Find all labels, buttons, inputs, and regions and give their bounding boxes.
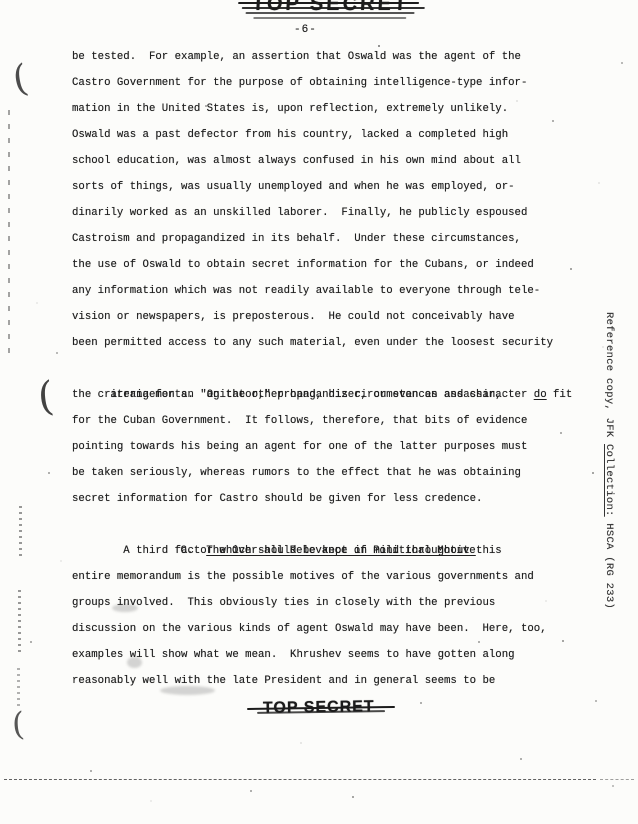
left-margin-faint-marks (19, 506, 22, 558)
reference-note: Reference copy, JFK Collection: HSCA (RG… (601, 312, 619, 624)
paragraph-1-continued: the criteria for an "agitator," propagan… (72, 382, 572, 512)
text-line: be taken seriously, whereas rumors to th… (72, 460, 572, 486)
text-line: examples will show what we mean. Khrushe… (72, 642, 572, 668)
strikethrough-line (253, 17, 406, 19)
bottom-dashed-line (600, 779, 634, 780)
underlined-word: Collection: (603, 444, 615, 517)
document-page: TOP SECRET -6- be tested. For example, a… (0, 0, 638, 824)
strikethrough-line (246, 12, 415, 14)
text-line: reasonably well with the late President … (72, 668, 572, 694)
strikethrough-line (238, 2, 419, 4)
text-line: been permitted access to any such materi… (72, 330, 572, 356)
text-line: dinarily worked as an unskilled laborer.… (72, 200, 572, 226)
bottom-dashed-line (4, 779, 596, 780)
left-margin-faint-marks (17, 668, 20, 708)
scan-smudge (127, 657, 142, 668)
page-number: -6- (294, 24, 317, 36)
handwritten-paren-mark: ( (36, 376, 56, 417)
text-line: pointing towards his being an agent for … (72, 434, 572, 460)
text-segment: fit (547, 389, 573, 401)
text-line: A third factor which should be kept in m… (72, 538, 572, 564)
text-segment: HSCA (RG 233) (603, 517, 615, 609)
text-line: Castro Government for the purpose of obt… (72, 70, 572, 96)
paragraph-1: be tested. For example, an assertion tha… (72, 44, 572, 356)
text-line: mation in the United States is, upon ref… (72, 96, 572, 122)
text-line: be tested. For example, an assertion tha… (72, 44, 572, 70)
scan-noise (0, 0, 2, 2)
underlined-word: do (534, 389, 547, 401)
handwritten-paren-mark: ( (11, 708, 26, 741)
text-line-do-fit: arrangements. On the other hand, his cir… (72, 356, 572, 382)
section-heading: C.The Over-all Relevance of Political Mo… (72, 512, 572, 538)
top-secret-stamp-bottom: TOP SECRET (263, 698, 375, 718)
top-secret-stamp-top: TOP SECRET (251, 0, 409, 16)
paragraph-2: A third factor which should be kept in m… (72, 538, 572, 694)
text-line: Oswald was a past defector from his coun… (72, 122, 572, 148)
handwritten-paren-mark: ( (10, 59, 31, 98)
text-line: vision or newspapers, is preposterous. H… (72, 304, 572, 330)
scan-smudge (112, 604, 138, 612)
left-margin-dotted-line (8, 110, 10, 355)
reference-note-text: Reference copy, JFK Collection: HSCA (RG… (603, 312, 615, 609)
left-margin-faint-marks (18, 590, 21, 652)
text-line: secret information for Castro should be … (72, 486, 572, 512)
text-line: groups involved. This obviously ties in … (72, 590, 572, 616)
text-line: school education, was almost always conf… (72, 148, 572, 174)
text-line: the criteria for an "agitator," propagan… (72, 382, 572, 408)
text-line: the use of Oswald to obtain secret infor… (72, 252, 572, 278)
text-segment: Reference copy, JFK (603, 312, 615, 444)
text-line: discussion on the various kinds of agent… (72, 616, 572, 642)
body-text: be tested. For example, an assertion tha… (72, 44, 572, 694)
scan-smudge (160, 686, 215, 695)
text-line: sorts of things, was usually unemployed … (72, 174, 572, 200)
text-line: any information which was not readily av… (72, 278, 572, 304)
text-line: entire memorandum is the possible motive… (72, 564, 572, 590)
text-line: Castroism and propagandized in its behal… (72, 226, 572, 252)
text-line: for the Cuban Government. It follows, th… (72, 408, 572, 434)
strikethrough-line (242, 7, 425, 9)
